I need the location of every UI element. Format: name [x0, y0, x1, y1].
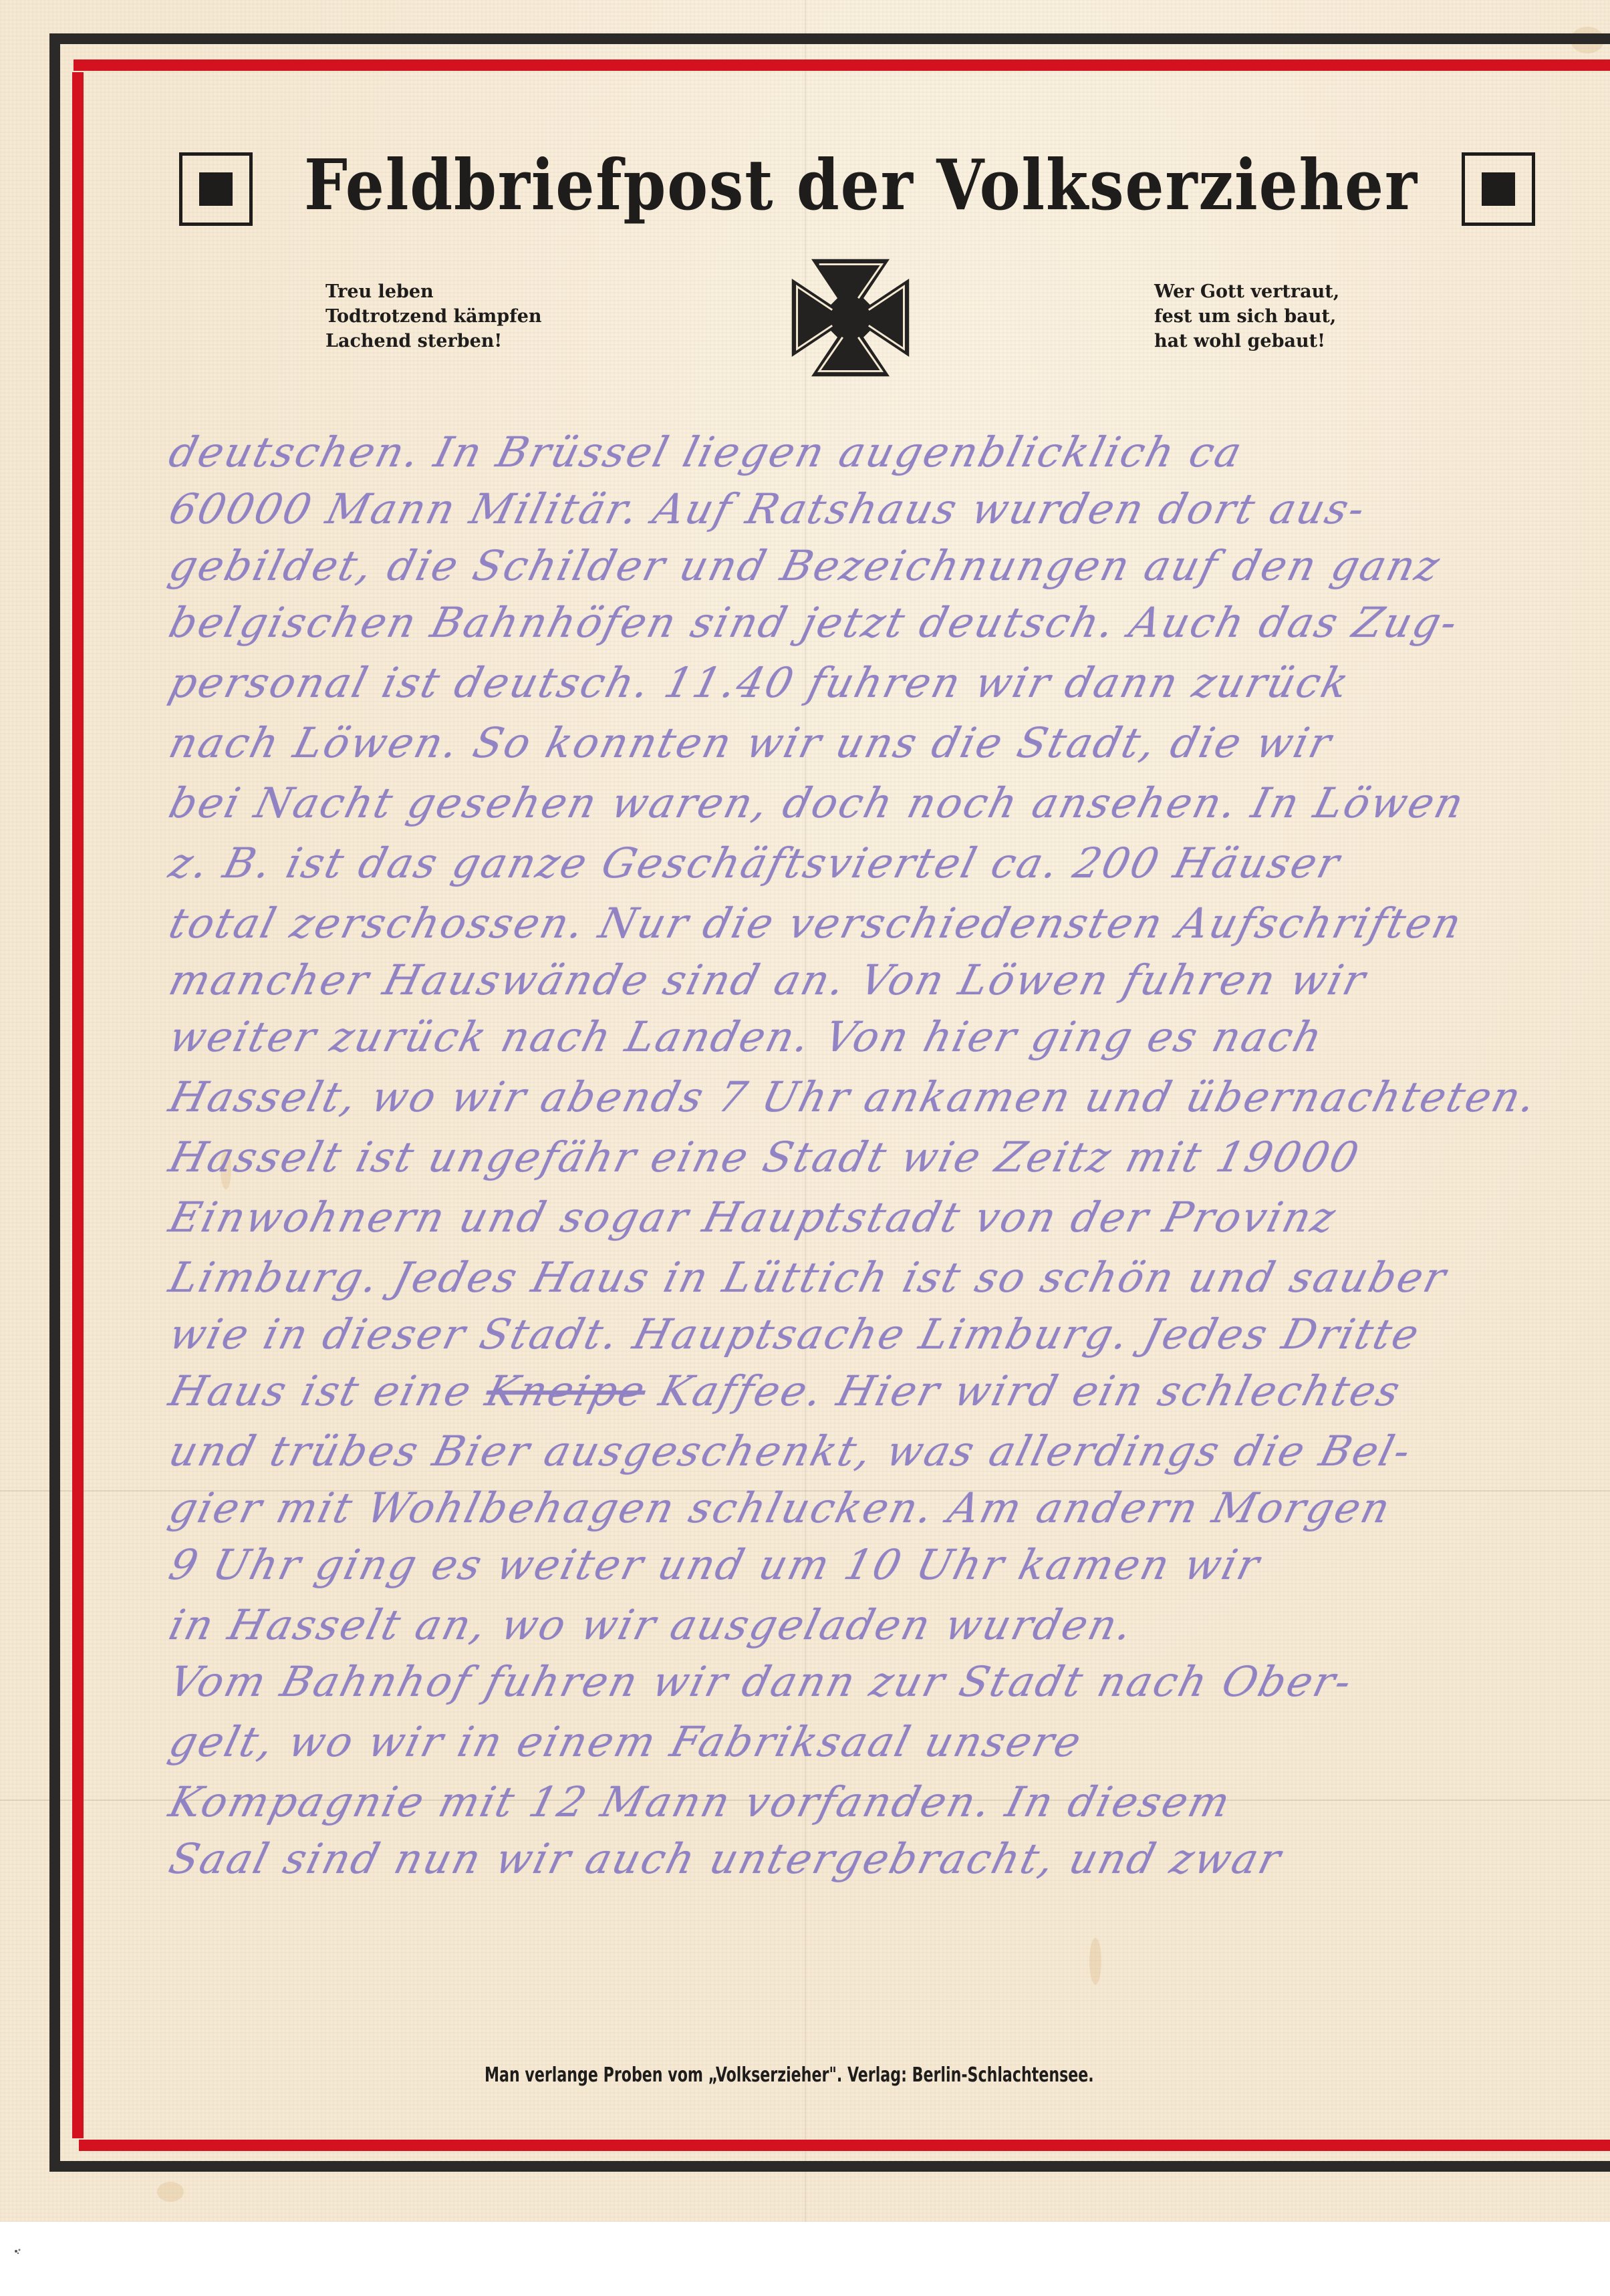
handwritten-line: z. B. ist das ganze Geschäftsviertel ca.…: [164, 839, 1346, 887]
motto-right-line: Wer Gott vertraut,: [1154, 279, 1339, 304]
handwritten-line: Limburg. Jedes Haus in Lüttich ist so sc…: [164, 1253, 1452, 1302]
handwritten-line: nach Löwen. So konnten wir uns die Stadt…: [164, 718, 1338, 767]
handwritten-line: deutschen. In Brüssel liegen augenblickl…: [164, 428, 1248, 476]
border-red-bottom: [79, 2140, 1610, 2151]
motto-right-line: hat wohl gebaut!: [1154, 329, 1339, 353]
paper-stain: [157, 2182, 184, 2202]
scan-speck: [12, 2247, 25, 2256]
handwritten-line: Kompagnie mit 12 Mann vorfanden. In dies…: [164, 1777, 1237, 1826]
handwritten-line: personal ist deutsch. 11.40 fuhren wir d…: [164, 658, 1355, 707]
publisher-footer: Man verlange Proben vom „Volkserzieher".…: [485, 2063, 1094, 2087]
iron-cross-icon: [785, 253, 916, 383]
handwritten-line: und trübes Bier ausgeschenkt, was allerd…: [164, 1427, 1417, 1475]
motto-right-line: fest um sich baut,: [1154, 304, 1339, 329]
motto-right: Wer Gott vertraut, fest um sich baut, ha…: [1154, 279, 1339, 353]
motto-left: Treu leben Todtrotzend kämpfen Lachend s…: [325, 279, 542, 353]
motto-left-line: Lachend sterben!: [325, 329, 542, 353]
header-ornament-left-icon: [179, 152, 253, 226]
struck-word: Kneipe: [481, 1367, 652, 1415]
handwritten-line: 60000 Mann Militär. Auf Ratshaus wurden …: [164, 484, 1371, 533]
handwritten-line: Hasselt ist ungefähr eine Stadt wie Zeit…: [164, 1133, 1365, 1181]
border-black-top: [49, 33, 1610, 44]
handwritten-line: weiter zurück nach Landen. Von hier ging…: [164, 1012, 1329, 1061]
handwritten-line: Einwohnern und sogar Hauptstadt von der …: [164, 1193, 1342, 1242]
border-black-bottom: [56, 2161, 1610, 2172]
letter-paper: Feldbriefpost der Volkserzieher Treu leb…: [0, 0, 1610, 2222]
border-red-left: [72, 72, 84, 2138]
letterhead-title: Feldbriefpost der Volkserzieher: [304, 144, 1245, 226]
border-black-left: [49, 33, 60, 2172]
motto-left-line: Treu leben: [325, 279, 542, 304]
handwritten-line: gebildet, die Schilder und Bezeichnungen…: [164, 541, 1446, 590]
handwritten-line: 9 Uhr ging es weiter und um 10 Uhr kamen…: [164, 1540, 1266, 1589]
handwritten-line: gelt, wo wir in einem Fabriksaal unsere: [164, 1717, 1088, 1766]
handwritten-line: Hasselt, wo wir abends 7 Uhr ankamen und…: [164, 1072, 1542, 1121]
header-ornament-right-icon: [1462, 152, 1535, 226]
motto-left-line: Todtrotzend kämpfen: [325, 304, 542, 329]
handwritten-line: gier mit Wohlbehagen schlucken. Am ander…: [164, 1483, 1397, 1532]
paper-stain: [1089, 1938, 1101, 1985]
handwritten-line: Haus ist eine Kneipe Kaffee. Hier wird e…: [164, 1367, 1407, 1415]
handwritten-line: Vom Bahnhof fuhren wir dann zur Stadt na…: [164, 1657, 1358, 1706]
handwritten-line: in Hasselt an, wo wir ausgeladen wurden.: [164, 1600, 1139, 1649]
handwritten-line: wie in dieser Stadt. Hauptsache Limburg.…: [164, 1310, 1426, 1358]
handwritten-line: Saal sind nun wir auch untergebracht, un…: [164, 1834, 1287, 1883]
handwritten-line: total zerschossen. Nur die verschiedenst…: [164, 899, 1468, 948]
handwritten-line: mancher Hauswände sind an. Von Löwen fuh…: [164, 956, 1372, 1004]
border-red-top: [74, 59, 1610, 71]
handwritten-line: belgischen Bahnhöfen sind jetzt deutsch.…: [164, 598, 1464, 647]
handwritten-line: bei Nacht gesehen waren, doch noch anseh…: [164, 778, 1470, 827]
